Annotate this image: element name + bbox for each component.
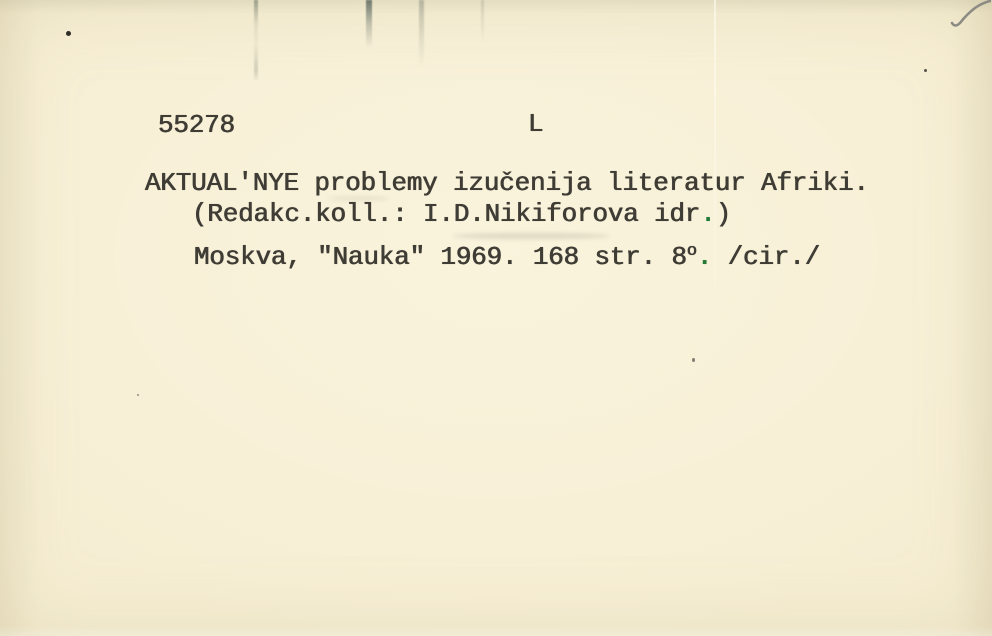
ink-speck <box>924 69 927 72</box>
imprint-text: Moskva, "Nauka" 1969. 168 str. 8 <box>194 242 687 272</box>
editors-line: (Redakc.koll.: I.D.Nikiforova idr.) <box>192 201 731 228</box>
catalog-card: 55278 L AKTUAL'NYE problemy izučenija li… <box>0 0 992 636</box>
heading-letter: L <box>528 111 543 138</box>
typewriter-smudge <box>452 233 610 239</box>
ink-speck <box>137 394 139 396</box>
imprint-green-period: . <box>697 242 712 272</box>
ink-speck <box>692 358 695 362</box>
ink-speck <box>66 31 71 36</box>
ink-streak <box>366 0 372 48</box>
ink-streak <box>419 0 424 68</box>
ink-streak <box>481 0 484 42</box>
call-number: 55278 <box>158 112 235 139</box>
ink-streak <box>254 0 258 80</box>
imprint-line: Moskva, "Nauka" 1969. 168 str. 8o. /cir.… <box>194 244 820 274</box>
title-line: AKTUAL'NYE problemy izučenija literatur … <box>145 170 869 197</box>
pencil-checkmark-icon <box>947 0 991 30</box>
editors-close-paren: ) <box>716 199 731 229</box>
imprint-tail: /cir./ <box>712 242 820 272</box>
editors-green-period: . <box>700 199 715 229</box>
editors-text: (Redakc.koll.: I.D.Nikiforova idr <box>192 199 700 229</box>
imprint-superscript-o: o <box>687 238 697 265</box>
